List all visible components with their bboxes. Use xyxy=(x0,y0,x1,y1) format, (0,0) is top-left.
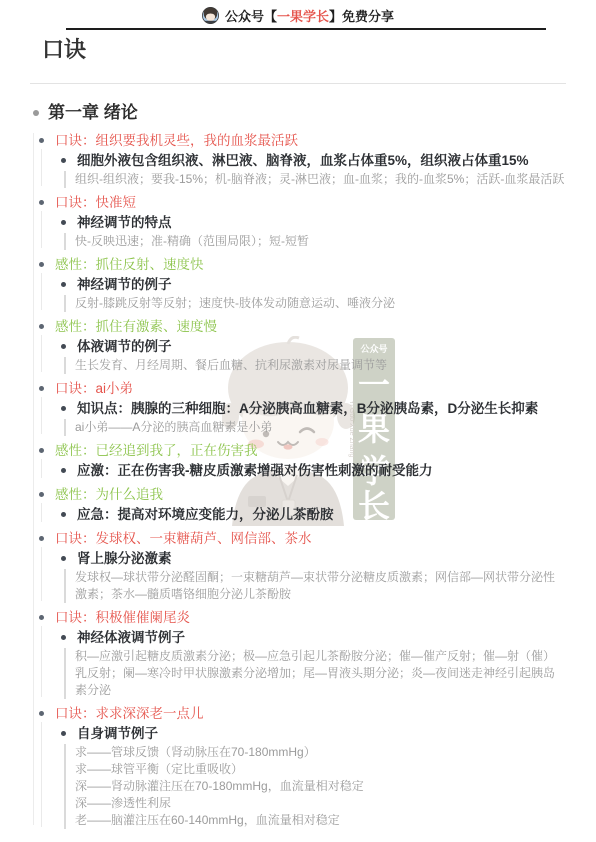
note-line: 快-反映迅速；准-精确（范围局限）；短-短暂 xyxy=(75,233,566,250)
note-block: 积—应激引起糖皮质激素分泌；极—应急引起儿茶酚胺分泌；催—催产反射；催—射（催）… xyxy=(64,648,566,699)
mnemonic-item: 感性：抓住有激素、速度慢体液调节的例子生长发育、月经周期、餐后血糖、抗利尿激素对… xyxy=(33,317,566,374)
brand-avatar-icon xyxy=(202,7,219,24)
bullet-icon xyxy=(61,158,66,163)
header-brand-text: 公众号【一果学长】免费分享 xyxy=(225,6,394,25)
knowledge-item: 自身调节例子求——管球反馈（肾动脉压在70-180mmHg）求——球管平衡（定比… xyxy=(55,724,566,829)
bullet-icon xyxy=(33,110,39,116)
page-title: 口诀 xyxy=(42,37,566,63)
chapter-heading: 第一章 绪论 xyxy=(33,100,566,126)
header-bar: 公众号【一果学长】免费分享 xyxy=(0,6,596,25)
knowledge-item: 体液调节的例子生长发育、月经周期、餐后血糖、抗利尿激素对尿量调节等 xyxy=(55,337,566,374)
mnemonic-label: 感性：为什么追我 xyxy=(55,485,566,504)
mnemonic-label: 感性：抓住反射、速度快 xyxy=(55,255,566,274)
knowledge-text: 自身调节例子 xyxy=(77,724,566,743)
note-line: 反射-膝跳反射等反射；速度快-肢体发动随意运动、唾液分泌 xyxy=(75,295,566,312)
knowledge-text: 神经调节的例子 xyxy=(77,275,566,294)
title-divider xyxy=(30,83,566,84)
note-block: 快-反映迅速；准-精确（范围局限）；短-短暂 xyxy=(64,233,566,250)
bullet-icon xyxy=(61,344,66,349)
note-block: 生长发育、月经周期、餐后血糖、抗利尿激素对尿量调节等 xyxy=(64,357,566,374)
knowledge-item: 应激：正在伤害我-糖皮质激素增强对伤害性刺激的耐受能力 xyxy=(55,461,566,480)
document-page: 口诀 第一章 绪论 口诀：组织要我机灵些，我的血浆最活跃细胞外液包含组织液、淋巴… xyxy=(0,0,596,829)
knowledge-text: 体液调节的例子 xyxy=(77,337,566,356)
mnemonic-item: 感性：抓住反射、速度快神经调节的例子反射-膝跳反射等反射；速度快-肢体发动随意运… xyxy=(33,255,566,312)
bullet-icon xyxy=(39,448,44,453)
mnemonic-item: 口诀：组织要我机灵些，我的血浆最活跃细胞外液包含组织液、淋巴液、脑脊液，血浆占体… xyxy=(33,131,566,188)
mnemonic-label: 口诀：求求深深老一点儿 xyxy=(55,704,566,723)
bullet-icon xyxy=(61,406,66,411)
brand-prefix: 公众号【 xyxy=(225,9,277,24)
bullet-icon xyxy=(61,512,66,517)
chapter-title: 第一章 绪论 xyxy=(48,100,138,126)
note-block: 发球权—球状带分泌醛固酮；一束糖葫芦—束状带分泌糖皮质激素；网信部—网状带分泌性… xyxy=(64,569,566,603)
note-line: 求——管球反馈（肾动脉压在70-180mmHg） xyxy=(75,744,566,761)
brand-suffix: 】免费分享 xyxy=(329,9,394,24)
note-line: 深——渗透性利尿 xyxy=(75,795,566,812)
bullet-icon xyxy=(61,282,66,287)
note-block: ai小弟——A分泌的胰高血糖素是小弟 xyxy=(64,419,566,436)
mnemonic-label: 感性：已经追到我了，正在伤害我 xyxy=(55,441,566,460)
knowledge-item: 应急：提高对环境应变能力，分泌儿茶酚胺 xyxy=(55,505,566,524)
bullet-icon xyxy=(61,635,66,640)
knowledge-item: 知识点：胰腺的三种细胞：A分泌胰高血糖素，B分泌胰岛素，D分泌生长抑素ai小弟—… xyxy=(55,399,566,436)
note-block: 求——管球反馈（肾动脉压在70-180mmHg）求——球管平衡（定比重吸收）深—… xyxy=(64,744,566,829)
knowledge-item: 神经调节的特点快-反映迅速；准-精确（范围局限）；短-短暂 xyxy=(55,213,566,250)
note-block: 反射-膝跳反射等反射；速度快-肢体发动随意运动、唾液分泌 xyxy=(64,295,566,312)
brand-name: 一果学长 xyxy=(277,9,329,24)
note-line: 深——肾动脉灌注压在70-180mmHg，血流量相对稳定 xyxy=(75,778,566,795)
knowledge-text: 神经体液调节例子 xyxy=(77,628,566,647)
knowledge-item: 肾上腺分泌激素发球权—球状带分泌醛固酮；一束糖葫芦—束状带分泌糖皮质激素；网信部… xyxy=(55,549,566,603)
bullet-icon xyxy=(61,220,66,225)
mnemonic-item: 口诀：快准短神经调节的特点快-反映迅速；准-精确（范围局限）；短-短暂 xyxy=(33,193,566,250)
mnemonic-label: 口诀：积极催催阑尾炎 xyxy=(55,608,566,627)
note-line: 生长发育、月经周期、餐后血糖、抗利尿激素对尿量调节等 xyxy=(75,357,566,374)
bullet-icon xyxy=(61,468,66,473)
knowledge-item: 神经调节的例子反射-膝跳反射等反射；速度快-肢体发动随意运动、唾液分泌 xyxy=(55,275,566,312)
knowledge-text: 应急：提高对环境应变能力，分泌儿茶酚胺 xyxy=(77,505,566,524)
mnemonic-label: 口诀：快准短 xyxy=(55,193,566,212)
bullet-icon xyxy=(39,138,44,143)
note-line: ai小弟——A分泌的胰高血糖素是小弟 xyxy=(75,419,566,436)
mnemonic-item: 口诀：发球权、一束糖葫芦、网信部、茶水肾上腺分泌激素发球权—球状带分泌醛固酮；一… xyxy=(33,529,566,603)
outline-sections: 口诀：组织要我机灵些，我的血浆最活跃细胞外液包含组织液、淋巴液、脑脊液，血浆占体… xyxy=(33,131,566,829)
mnemonic-item: 感性：为什么追我应急：提高对环境应变能力，分泌儿茶酚胺 xyxy=(33,485,566,524)
knowledge-text: 知识点：胰腺的三种细胞：A分泌胰高血糖素，B分泌胰岛素，D分泌生长抑素 xyxy=(77,399,566,418)
mnemonic-item: 感性：已经追到我了，正在伤害我应激：正在伤害我-糖皮质激素增强对伤害性刺激的耐受… xyxy=(33,441,566,480)
note-block: 组织-组织液；要我-15%；机-脑脊液；灵-淋巴液；血-血浆；我的-血浆5%；活… xyxy=(64,171,566,188)
bullet-icon xyxy=(39,262,44,267)
note-line: 发球权—球状带分泌醛固酮；一束糖葫芦—束状带分泌糖皮质激素；网信部—网状带分泌性… xyxy=(75,569,566,603)
knowledge-text: 细胞外液包含组织液、淋巴液、脑脊液，血浆占体重5%，组织液占体重15% xyxy=(77,151,566,170)
mnemonic-item: 口诀：积极催催阑尾炎神经体液调节例子积—应激引起糖皮质激素分泌；极—应急引起儿茶… xyxy=(33,608,566,699)
bullet-icon xyxy=(61,731,66,736)
knowledge-text: 肾上腺分泌激素 xyxy=(77,549,566,568)
mnemonic-item: 口诀：ai小弟知识点：胰腺的三种细胞：A分泌胰高血糖素，B分泌胰岛素，D分泌生长… xyxy=(33,379,566,436)
mnemonic-label: 口诀：发球权、一束糖葫芦、网信部、茶水 xyxy=(55,529,566,548)
bullet-icon xyxy=(39,492,44,497)
mnemonic-item: 口诀：求求深深老一点儿自身调节例子求——管球反馈（肾动脉压在70-180mmHg… xyxy=(33,704,566,829)
note-line: 老——脑灌注压在60-140mmHg，血流量相对稳定 xyxy=(75,812,566,829)
note-line: 组织-组织液；要我-15%；机-脑脊液；灵-淋巴液；血-血浆；我的-血浆5%；活… xyxy=(75,171,566,188)
mnemonic-label: 感性：抓住有激素、速度慢 xyxy=(55,317,566,336)
knowledge-text: 神经调节的特点 xyxy=(77,213,566,232)
note-line: 积—应激引起糖皮质激素分泌；极—应急引起儿茶酚胺分泌；催—催产反射；催—射（催）… xyxy=(75,648,566,699)
note-line: 求——球管平衡（定比重吸收） xyxy=(75,761,566,778)
mnemonic-label: 口诀：组织要我机灵些，我的血浆最活跃 xyxy=(55,131,566,150)
bullet-icon xyxy=(39,615,44,620)
bullet-icon xyxy=(61,556,66,561)
bullet-icon xyxy=(39,536,44,541)
header-divider xyxy=(66,28,546,30)
knowledge-item: 神经体液调节例子积—应激引起糖皮质激素分泌；极—应急引起儿茶酚胺分泌；催—催产反… xyxy=(55,628,566,699)
knowledge-text: 应激：正在伤害我-糖皮质激素增强对伤害性刺激的耐受能力 xyxy=(77,461,566,480)
bullet-icon xyxy=(39,324,44,329)
bullet-icon xyxy=(39,711,44,716)
mnemonic-label: 口诀：ai小弟 xyxy=(55,379,566,398)
bullet-icon xyxy=(39,386,44,391)
bullet-icon xyxy=(39,200,44,205)
knowledge-item: 细胞外液包含组织液、淋巴液、脑脊液，血浆占体重5%，组织液占体重15%组织-组织… xyxy=(55,151,566,188)
